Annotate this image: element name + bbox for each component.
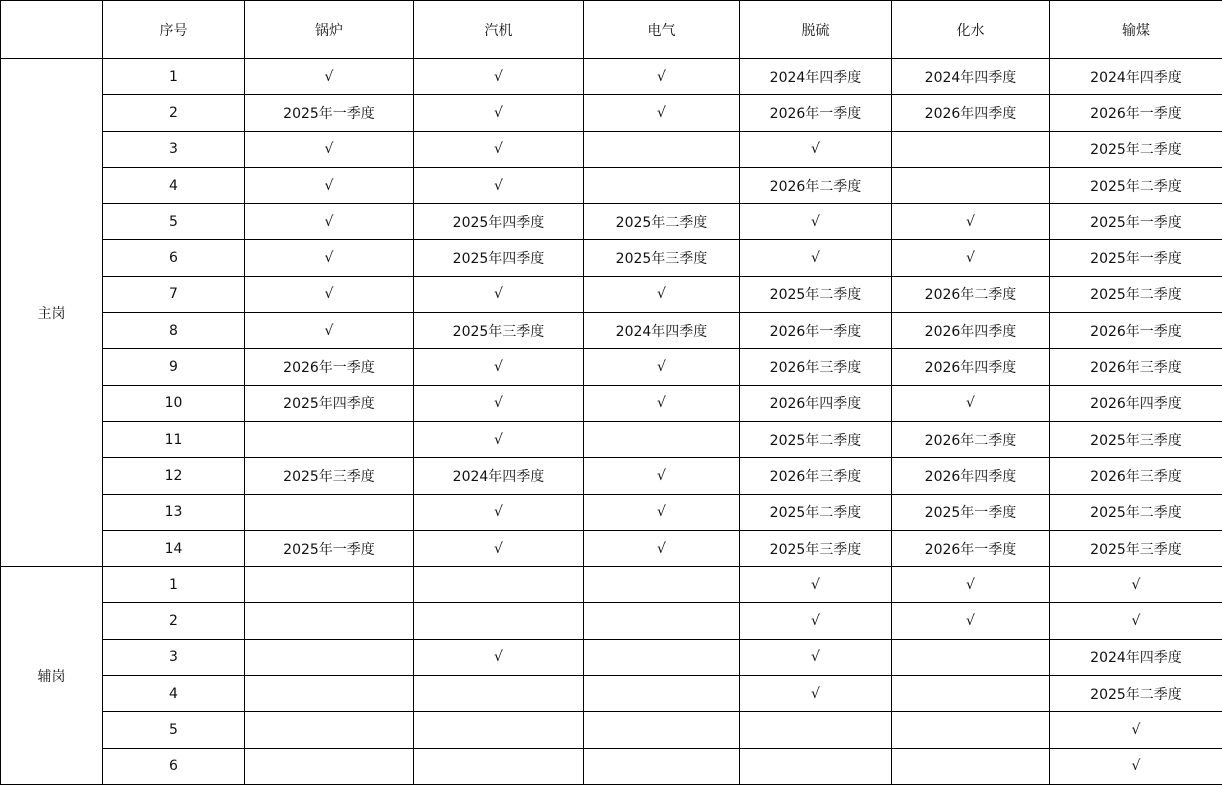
turbine-cell: 2025年四季度 bbox=[414, 204, 584, 240]
turbine-cell: √ bbox=[414, 276, 584, 312]
turbine-cell bbox=[414, 567, 584, 603]
desulfurization-cell: 2026年一季度 bbox=[740, 313, 892, 349]
table-row: 3√√√2025年二季度 bbox=[1, 131, 1222, 167]
seq-no-cell: 14 bbox=[103, 530, 245, 566]
boiler-cell: 2025年一季度 bbox=[245, 530, 414, 566]
table-row: 辅岗1√√√ bbox=[1, 567, 1222, 603]
header-boiler: 锅炉 bbox=[245, 1, 414, 59]
turbine-cell bbox=[414, 676, 584, 712]
electrical-cell bbox=[584, 131, 740, 167]
coal-handling-cell: 2026年三季度 bbox=[1050, 458, 1222, 494]
seq-no-cell: 2 bbox=[103, 95, 245, 131]
electrical-cell: √ bbox=[584, 276, 740, 312]
table-row: 6√ bbox=[1, 748, 1222, 784]
table-row: 6√2025年四季度2025年三季度√√2025年一季度 bbox=[1, 240, 1222, 276]
water-chemistry-cell: 2026年二季度 bbox=[892, 276, 1050, 312]
coal-handling-cell: 2025年二季度 bbox=[1050, 167, 1222, 203]
desulfurization-cell: √ bbox=[740, 131, 892, 167]
turbine-cell bbox=[414, 748, 584, 784]
turbine-cell: √ bbox=[414, 349, 584, 385]
coal-handling-cell: √ bbox=[1050, 748, 1222, 784]
electrical-cell bbox=[584, 748, 740, 784]
desulfurization-cell: 2026年三季度 bbox=[740, 349, 892, 385]
seq-no-cell: 1 bbox=[103, 59, 245, 95]
seq-no-cell: 1 bbox=[103, 567, 245, 603]
boiler-cell: √ bbox=[245, 313, 414, 349]
desulfurization-cell: 2026年二季度 bbox=[740, 167, 892, 203]
water-chemistry-cell: √ bbox=[892, 240, 1050, 276]
turbine-cell: √ bbox=[414, 530, 584, 566]
desulfurization-cell: 2026年四季度 bbox=[740, 385, 892, 421]
coal-handling-cell: 2025年一季度 bbox=[1050, 240, 1222, 276]
desulfurization-cell: √ bbox=[740, 567, 892, 603]
table-row: 13√√2025年二季度2025年一季度2025年二季度 bbox=[1, 494, 1222, 530]
water-chemistry-cell bbox=[892, 712, 1050, 748]
seq-no-cell: 5 bbox=[103, 712, 245, 748]
boiler-cell bbox=[245, 748, 414, 784]
water-chemistry-cell: 2026年四季度 bbox=[892, 313, 1050, 349]
coal-handling-cell: √ bbox=[1050, 603, 1222, 639]
electrical-cell: 2024年四季度 bbox=[584, 313, 740, 349]
coal-handling-cell: 2024年四季度 bbox=[1050, 59, 1222, 95]
boiler-cell: √ bbox=[245, 167, 414, 203]
boiler-cell: √ bbox=[245, 131, 414, 167]
boiler-cell: √ bbox=[245, 276, 414, 312]
water-chemistry-cell: 2026年一季度 bbox=[892, 530, 1050, 566]
electrical-cell: √ bbox=[584, 494, 740, 530]
turbine-cell: 2025年四季度 bbox=[414, 240, 584, 276]
electrical-cell: √ bbox=[584, 530, 740, 566]
turbine-cell: √ bbox=[414, 385, 584, 421]
water-chemistry-cell: √ bbox=[892, 603, 1050, 639]
desulfurization-cell: 2025年二季度 bbox=[740, 494, 892, 530]
electrical-cell bbox=[584, 712, 740, 748]
electrical-cell bbox=[584, 421, 740, 457]
table-row: 102025年四季度√√2026年四季度√2026年四季度 bbox=[1, 385, 1222, 421]
electrical-cell: √ bbox=[584, 95, 740, 131]
coal-handling-cell: 2025年三季度 bbox=[1050, 421, 1222, 457]
seq-no-cell: 2 bbox=[103, 603, 245, 639]
seq-no-cell: 4 bbox=[103, 676, 245, 712]
water-chemistry-cell: √ bbox=[892, 567, 1050, 603]
boiler-cell bbox=[245, 567, 414, 603]
seq-no-cell: 6 bbox=[103, 240, 245, 276]
header-water-chemistry: 化水 bbox=[892, 1, 1050, 59]
boiler-cell: 2025年一季度 bbox=[245, 95, 414, 131]
electrical-cell: √ bbox=[584, 349, 740, 385]
electrical-cell: √ bbox=[584, 458, 740, 494]
seq-no-cell: 10 bbox=[103, 385, 245, 421]
header-desulfurization: 脱硫 bbox=[740, 1, 892, 59]
table-row: 7√√√2025年二季度2026年二季度2025年二季度 bbox=[1, 276, 1222, 312]
header-row: 序号 锅炉 汽机 电气 脱硫 化水 输煤 bbox=[1, 1, 1222, 59]
water-chemistry-cell bbox=[892, 748, 1050, 784]
table-row: 92026年一季度√√2026年三季度2026年四季度2026年三季度 bbox=[1, 349, 1222, 385]
boiler-cell: 2025年四季度 bbox=[245, 385, 414, 421]
desulfurization-cell: √ bbox=[740, 204, 892, 240]
table-row: 主岗1√√√2024年四季度2024年四季度2024年四季度 bbox=[1, 59, 1222, 95]
turbine-cell: √ bbox=[414, 131, 584, 167]
boiler-cell: √ bbox=[245, 204, 414, 240]
seq-no-cell: 12 bbox=[103, 458, 245, 494]
table-body: 主岗1√√√2024年四季度2024年四季度2024年四季度22025年一季度√… bbox=[1, 59, 1222, 785]
electrical-cell bbox=[584, 676, 740, 712]
water-chemistry-cell: √ bbox=[892, 385, 1050, 421]
turbine-cell bbox=[414, 603, 584, 639]
turbine-cell: 2025年三季度 bbox=[414, 313, 584, 349]
seq-no-cell: 13 bbox=[103, 494, 245, 530]
turbine-cell bbox=[414, 712, 584, 748]
turbine-cell: √ bbox=[414, 494, 584, 530]
boiler-cell bbox=[245, 676, 414, 712]
seq-no-cell: 11 bbox=[103, 421, 245, 457]
desulfurization-cell: √ bbox=[740, 676, 892, 712]
header-group bbox=[1, 1, 103, 59]
water-chemistry-cell bbox=[892, 676, 1050, 712]
table-row: 22025年一季度√√2026年一季度2026年四季度2026年一季度 bbox=[1, 95, 1222, 131]
boiler-cell: 2026年一季度 bbox=[245, 349, 414, 385]
table-row: 142025年一季度√√2025年三季度2026年一季度2025年三季度 bbox=[1, 530, 1222, 566]
desulfurization-cell: 2026年一季度 bbox=[740, 95, 892, 131]
schedule-table: 序号 锅炉 汽机 电气 脱硫 化水 输煤 主岗1√√√2024年四季度2024年… bbox=[0, 0, 1222, 785]
electrical-cell: 2025年二季度 bbox=[584, 204, 740, 240]
table-row: 2√√√ bbox=[1, 603, 1222, 639]
turbine-cell: √ bbox=[414, 421, 584, 457]
group-label-main-post: 主岗 bbox=[1, 59, 103, 567]
seq-no-cell: 3 bbox=[103, 131, 245, 167]
seq-no-cell: 5 bbox=[103, 204, 245, 240]
turbine-cell: √ bbox=[414, 59, 584, 95]
header-turbine: 汽机 bbox=[414, 1, 584, 59]
coal-handling-cell: 2025年二季度 bbox=[1050, 676, 1222, 712]
boiler-cell: √ bbox=[245, 59, 414, 95]
desulfurization-cell: 2025年二季度 bbox=[740, 276, 892, 312]
electrical-cell: 2025年三季度 bbox=[584, 240, 740, 276]
water-chemistry-cell bbox=[892, 639, 1050, 675]
water-chemistry-cell: 2026年四季度 bbox=[892, 458, 1050, 494]
water-chemistry-cell bbox=[892, 167, 1050, 203]
seq-no-cell: 4 bbox=[103, 167, 245, 203]
coal-handling-cell: 2025年三季度 bbox=[1050, 530, 1222, 566]
desulfurization-cell: 2026年三季度 bbox=[740, 458, 892, 494]
water-chemistry-cell: 2026年二季度 bbox=[892, 421, 1050, 457]
turbine-cell: √ bbox=[414, 167, 584, 203]
table-row: 5√ bbox=[1, 712, 1222, 748]
boiler-cell bbox=[245, 421, 414, 457]
desulfurization-cell: 2024年四季度 bbox=[740, 59, 892, 95]
water-chemistry-cell: √ bbox=[892, 204, 1050, 240]
coal-handling-cell: 2025年二季度 bbox=[1050, 494, 1222, 530]
table-row: 11√2025年二季度2026年二季度2025年三季度 bbox=[1, 421, 1222, 457]
water-chemistry-cell: 2026年四季度 bbox=[892, 95, 1050, 131]
boiler-cell bbox=[245, 712, 414, 748]
electrical-cell bbox=[584, 167, 740, 203]
boiler-cell bbox=[245, 494, 414, 530]
desulfurization-cell: √ bbox=[740, 603, 892, 639]
desulfurization-cell bbox=[740, 748, 892, 784]
coal-handling-cell: 2025年一季度 bbox=[1050, 204, 1222, 240]
seq-no-cell: 8 bbox=[103, 313, 245, 349]
electrical-cell: √ bbox=[584, 59, 740, 95]
water-chemistry-cell: 2024年四季度 bbox=[892, 59, 1050, 95]
table-row: 3√√2024年四季度 bbox=[1, 639, 1222, 675]
coal-handling-cell: 2026年一季度 bbox=[1050, 95, 1222, 131]
desulfurization-cell bbox=[740, 712, 892, 748]
table-row: 4√√2026年二季度2025年二季度 bbox=[1, 167, 1222, 203]
desulfurization-cell: 2025年三季度 bbox=[740, 530, 892, 566]
coal-handling-cell: 2025年二季度 bbox=[1050, 276, 1222, 312]
water-chemistry-cell: 2025年一季度 bbox=[892, 494, 1050, 530]
coal-handling-cell: 2026年一季度 bbox=[1050, 313, 1222, 349]
turbine-cell: √ bbox=[414, 639, 584, 675]
group-label-aux-post: 辅岗 bbox=[1, 567, 103, 785]
electrical-cell bbox=[584, 639, 740, 675]
coal-handling-cell: 2026年四季度 bbox=[1050, 385, 1222, 421]
coal-handling-cell: 2025年二季度 bbox=[1050, 131, 1222, 167]
seq-no-cell: 3 bbox=[103, 639, 245, 675]
boiler-cell bbox=[245, 603, 414, 639]
coal-handling-cell: √ bbox=[1050, 567, 1222, 603]
table-row: 8√2025年三季度2024年四季度2026年一季度2026年四季度2026年一… bbox=[1, 313, 1222, 349]
coal-handling-cell: 2026年三季度 bbox=[1050, 349, 1222, 385]
desulfurization-cell: √ bbox=[740, 639, 892, 675]
boiler-cell: 2025年三季度 bbox=[245, 458, 414, 494]
boiler-cell bbox=[245, 639, 414, 675]
boiler-cell: √ bbox=[245, 240, 414, 276]
electrical-cell bbox=[584, 567, 740, 603]
table-row: 4√2025年二季度 bbox=[1, 676, 1222, 712]
desulfurization-cell: 2025年二季度 bbox=[740, 421, 892, 457]
coal-handling-cell: 2024年四季度 bbox=[1050, 639, 1222, 675]
turbine-cell: √ bbox=[414, 95, 584, 131]
seq-no-cell: 7 bbox=[103, 276, 245, 312]
seq-no-cell: 6 bbox=[103, 748, 245, 784]
seq-no-cell: 9 bbox=[103, 349, 245, 385]
header-seq-no: 序号 bbox=[103, 1, 245, 59]
water-chemistry-cell bbox=[892, 131, 1050, 167]
electrical-cell bbox=[584, 603, 740, 639]
table-row: 122025年三季度2024年四季度√2026年三季度2026年四季度2026年… bbox=[1, 458, 1222, 494]
coal-handling-cell: √ bbox=[1050, 712, 1222, 748]
desulfurization-cell: √ bbox=[740, 240, 892, 276]
water-chemistry-cell: 2026年四季度 bbox=[892, 349, 1050, 385]
electrical-cell: √ bbox=[584, 385, 740, 421]
header-coal-handling: 输煤 bbox=[1050, 1, 1222, 59]
turbine-cell: 2024年四季度 bbox=[414, 458, 584, 494]
table-row: 5√2025年四季度2025年二季度√√2025年一季度 bbox=[1, 204, 1222, 240]
header-electrical: 电气 bbox=[584, 1, 740, 59]
